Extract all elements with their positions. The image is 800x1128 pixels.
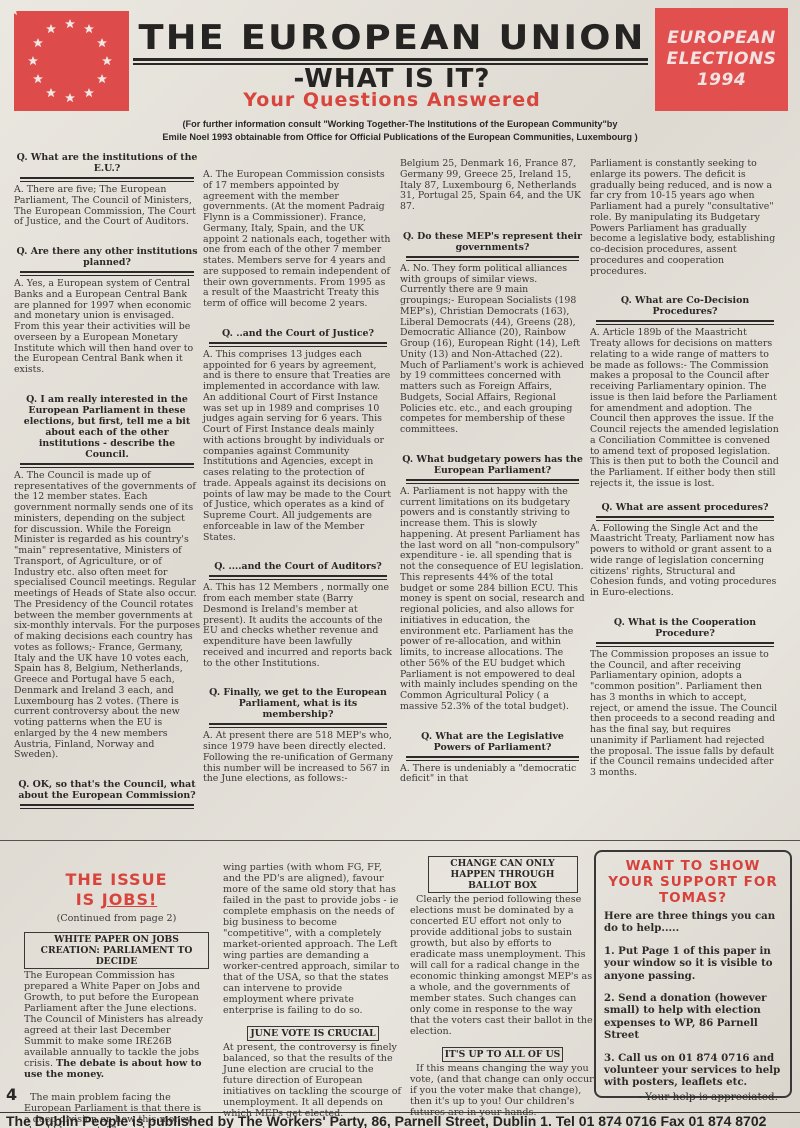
support-lead: Here are three things you can do to help… [604,910,782,935]
question-rule [20,177,194,182]
qa-item: Q. What budgetary powers has the Europea… [400,454,585,713]
answer: A. There is undeniably a "democratic def… [400,764,585,786]
question-rule [20,804,194,809]
question: Q. Finally, we get to the European Parli… [203,687,393,722]
question: Q. What are assent procedures? [590,502,780,515]
answer: A. The Council is made up of representat… [14,471,200,761]
answer: The Commission proposes an issue to the … [590,650,780,779]
article-column-2: A. The European Commission consists of 1… [203,170,393,803]
masthead: THE EUROPEAN UNION -WHAT IS IT? Your Que… [0,0,800,145]
boxed-subhead: IT'S UP TO ALL OF US [442,1047,564,1062]
qa-item: Q. Are there any other institutions plan… [14,246,200,376]
qa-item: A. The European Commission consists of 1… [203,170,393,310]
answer: A. Article 189b of the Maastricht Treaty… [590,328,780,489]
question: Q. ....and the Court of Auditors? [203,561,393,574]
answer: Belgium 25, Denmark 16, France 87, Germa… [400,159,585,213]
paragraph: Clearly the period following these elect… [410,894,595,1037]
qa-item: Q. What are Co-Decision Procedures? A. A… [590,295,780,489]
qa-item: Parliament is constantly seeking to enla… [590,159,780,277]
article-column-1: Q. What are the institutions of the E.U.… [14,152,200,812]
tagline: Your Questions Answered [132,89,652,111]
boxed-subhead: WHITE PAPER ON JOBS CREATION: PARLIAMENT… [24,932,209,969]
paragraph: The European Commission has prepared a W… [24,970,209,1080]
page-number: 4 [6,1085,17,1104]
qa-item: Q. Finally, we get to the European Parli… [203,687,393,785]
question-rule [209,342,387,347]
question: Q. What are Co-Decision Procedures? [590,295,780,319]
answer: A. This comprises 13 judges each appoint… [203,350,393,544]
question-rule [596,516,774,521]
qa-item: Q. OK, so that's the Council, what about… [14,779,200,809]
answer: A. No. They form political alliances wit… [400,264,585,436]
question: Q. ..and the Court of Justice? [203,328,393,341]
question: Q. What are the Legislative Powers of Pa… [400,731,585,755]
answer: A. Yes, a European system of Central Ban… [14,279,200,376]
boxed-subhead: JUNE VOTE IS CRUCIAL [247,1026,378,1041]
qa-item: Q. Do these MEP's represent their govern… [400,231,585,436]
question-rule [20,271,194,276]
paragraph: At present, the controversy is finely ba… [223,1042,403,1119]
support-body: Here are three things you can do to help… [604,910,782,1103]
section-divider [0,840,800,841]
answer: A. Following the Single Act and the Maas… [590,524,780,599]
question: Q. What are the institutions of the E.U.… [14,152,200,176]
support-item: 3. Call us on 01 874 0716 and volunteer … [604,1052,782,1089]
question: Q. Are there any other institutions plan… [14,246,200,270]
qa-item: Q. What are the institutions of the E.U.… [14,152,200,228]
question: Q. I am really interested in the Europea… [14,394,200,462]
reference-note: (For further information consult "Workin… [120,118,680,144]
article-column-4: Parliament is constantly seeking to enla… [590,159,780,797]
publisher-footer: The Dublin People is published by The Wo… [6,1113,800,1128]
question-rule [406,756,579,761]
question-rule [20,463,194,468]
jobs-article-column-1: THE ISSUE IS JOBS! (Continued from page … [24,850,209,1128]
support-item: 2. Send a donation (however small) to he… [604,992,782,1042]
question-rule [596,320,774,325]
jobs-headline: THE ISSUE IS JOBS! [24,870,209,910]
question: Q. OK, so that's the Council, what about… [14,779,200,803]
question-rule [209,575,387,580]
qa-item: Belgium 25, Denmark 16, France 87, Germa… [400,159,585,213]
question-rule [406,256,579,261]
qa-item: Q. What are the Legislative Powers of Pa… [400,731,585,786]
answer: A. There are five; The European Parliame… [14,185,200,228]
boxed-subhead: CHANGE CAN ONLY HAPPEN THROUGH BALLOT BO… [428,856,578,893]
question: Q. What budgetary powers has the Europea… [400,454,585,478]
qa-item: Q. ....and the Court of Auditors? A. Thi… [203,561,393,669]
support-headline: WANT TO SHOW YOUR SUPPORT FOR TOMAS? [604,858,782,906]
qa-item: Q. What is the Cooperation Procedure? Th… [590,617,780,779]
answer: A. Parliament is not happy with the curr… [400,487,585,713]
qa-item: Q. ..and the Court of Justice? A. This c… [203,328,393,544]
answer: A. At present there are 518 MEP's who, s… [203,731,393,785]
jobs-article-column-3: CHANGE CAN ONLY HAPPEN THROUGH BALLOT BO… [410,856,595,1118]
paragraph: If this means changing the way you vote,… [410,1063,595,1118]
answer: A. This has 12 Members , normally one fr… [203,583,393,669]
support-item: 1. Put Page 1 of this paper in your wind… [604,945,782,982]
question-rule [596,642,774,647]
article-column-3: Belgium 25, Denmark 16, France 87, Germa… [400,159,585,803]
qa-item: Q. What are assent procedures? A. Follow… [590,502,780,599]
headline: THE EUROPEAN UNION [111,18,673,58]
question: Q. Do these MEP's represent their govern… [400,231,585,255]
question-rule [209,723,387,728]
question-rule [406,479,579,484]
european-elections-badge: EUROPEAN ELECTIONS 1994 [655,8,788,111]
answer: A. The European Commission consists of 1… [203,170,393,310]
support-signoff: - Your help is appreciated. [604,1091,782,1103]
question: Q. What is the Cooperation Procedure? [590,617,780,641]
paragraph: wing parties (with whom FG, FF, and the … [223,862,403,1016]
qa-item: Q. I am really interested in the Europea… [14,394,200,761]
answer: Parliament is constantly seeking to enla… [590,159,780,277]
continued-note: (Continued from page 2) [24,913,209,924]
support-tomas-box: WANT TO SHOW YOUR SUPPORT FOR TOMAS? Her… [594,850,792,1098]
jobs-article-column-2: wing parties (with whom FG, FF, and the … [223,862,403,1119]
